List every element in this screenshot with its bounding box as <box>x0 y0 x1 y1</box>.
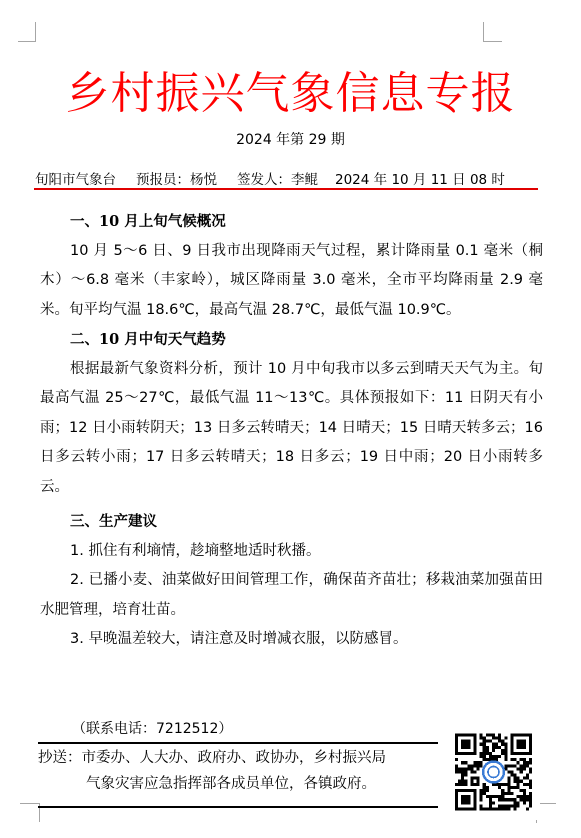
issuer: 旬阳市气象台 <box>35 170 116 190</box>
qr-code-graphic <box>455 733 532 811</box>
cc-recipients-line-1: 抄送：市委办、人大办、政府办、政协办，乡村振兴局 <box>38 745 386 771</box>
page-corner-mark-top-left <box>18 22 36 42</box>
section-climate-summary: 一、10 月上旬气候概况 10 月 5～6 日、9 日我市出现降雨天气过程，累计… <box>40 207 543 325</box>
cc-recipients-line-2: 气象灾害应急指挥部各成员单位，各镇政府。 <box>86 771 376 797</box>
cc-divider-top <box>38 742 438 744</box>
advice-item-3: 3. 早晚温差较大，请注意及时增减衣服，以防感冒。 <box>40 625 543 655</box>
cc-divider-bottom <box>38 806 438 808</box>
section-weather-trend: 二、10 月中旬天气趋势 根据最新气象资料分析，预计 10 月中旬我市以多云到晴… <box>40 325 543 502</box>
section-heading: 二、10 月中旬天气趋势 <box>40 325 543 355</box>
section-heading: 三、生产建议 <box>40 507 543 537</box>
contact-phone: （联系电话：7212512） <box>72 718 232 740</box>
section-production-advice: 三、生产建议 1. 抓住有利墒情，趁墒整地适时秋播。 2. 已播小麦、油菜做好田… <box>40 507 543 655</box>
issue-datetime: 2024 年 10 月 11 日 08 时 <box>335 170 505 190</box>
page-corner-mark-top-right <box>483 22 502 42</box>
advice-item-2: 2. 已播小麦、油菜做好田间管理工作，确保苗齐苗壮；移栽油菜加强苗田水肥管理，培… <box>40 566 543 625</box>
document-title: 乡村振兴气象信息专报 <box>0 64 581 124</box>
header-divider-red <box>34 188 538 190</box>
qr-code-icon <box>455 733 532 811</box>
advice-item-1: 1. 抓住有利墒情，趁墒整地适时秋播。 <box>40 537 543 567</box>
document-meta-row: 旬阳市气象台 预报员：杨悦 签发人：李鲲 2024 年 10 月 11 日 08… <box>35 170 485 190</box>
approver: 签发人：李鲲 <box>237 170 318 190</box>
page-corner-mark-bottom-right-tick <box>536 820 537 823</box>
issue-number: 2024 年第 29 期 <box>0 130 581 150</box>
section-heading: 一、10 月上旬气候概况 <box>40 207 543 237</box>
section-paragraph: 根据最新气象资料分析，预计 10 月中旬我市以多云到晴天天气为主。旬最高气温 2… <box>40 355 543 503</box>
page-corner-mark-bottom-left <box>20 803 40 822</box>
forecaster: 预报员：杨悦 <box>136 170 217 190</box>
section-paragraph: 10 月 5～6 日、9 日我市出现降雨天气过程，累计降雨量 0.1 毫米（桐木… <box>40 237 543 326</box>
page-corner-mark-bottom-right <box>540 803 556 804</box>
weather-bureau-logo-icon <box>483 762 504 783</box>
